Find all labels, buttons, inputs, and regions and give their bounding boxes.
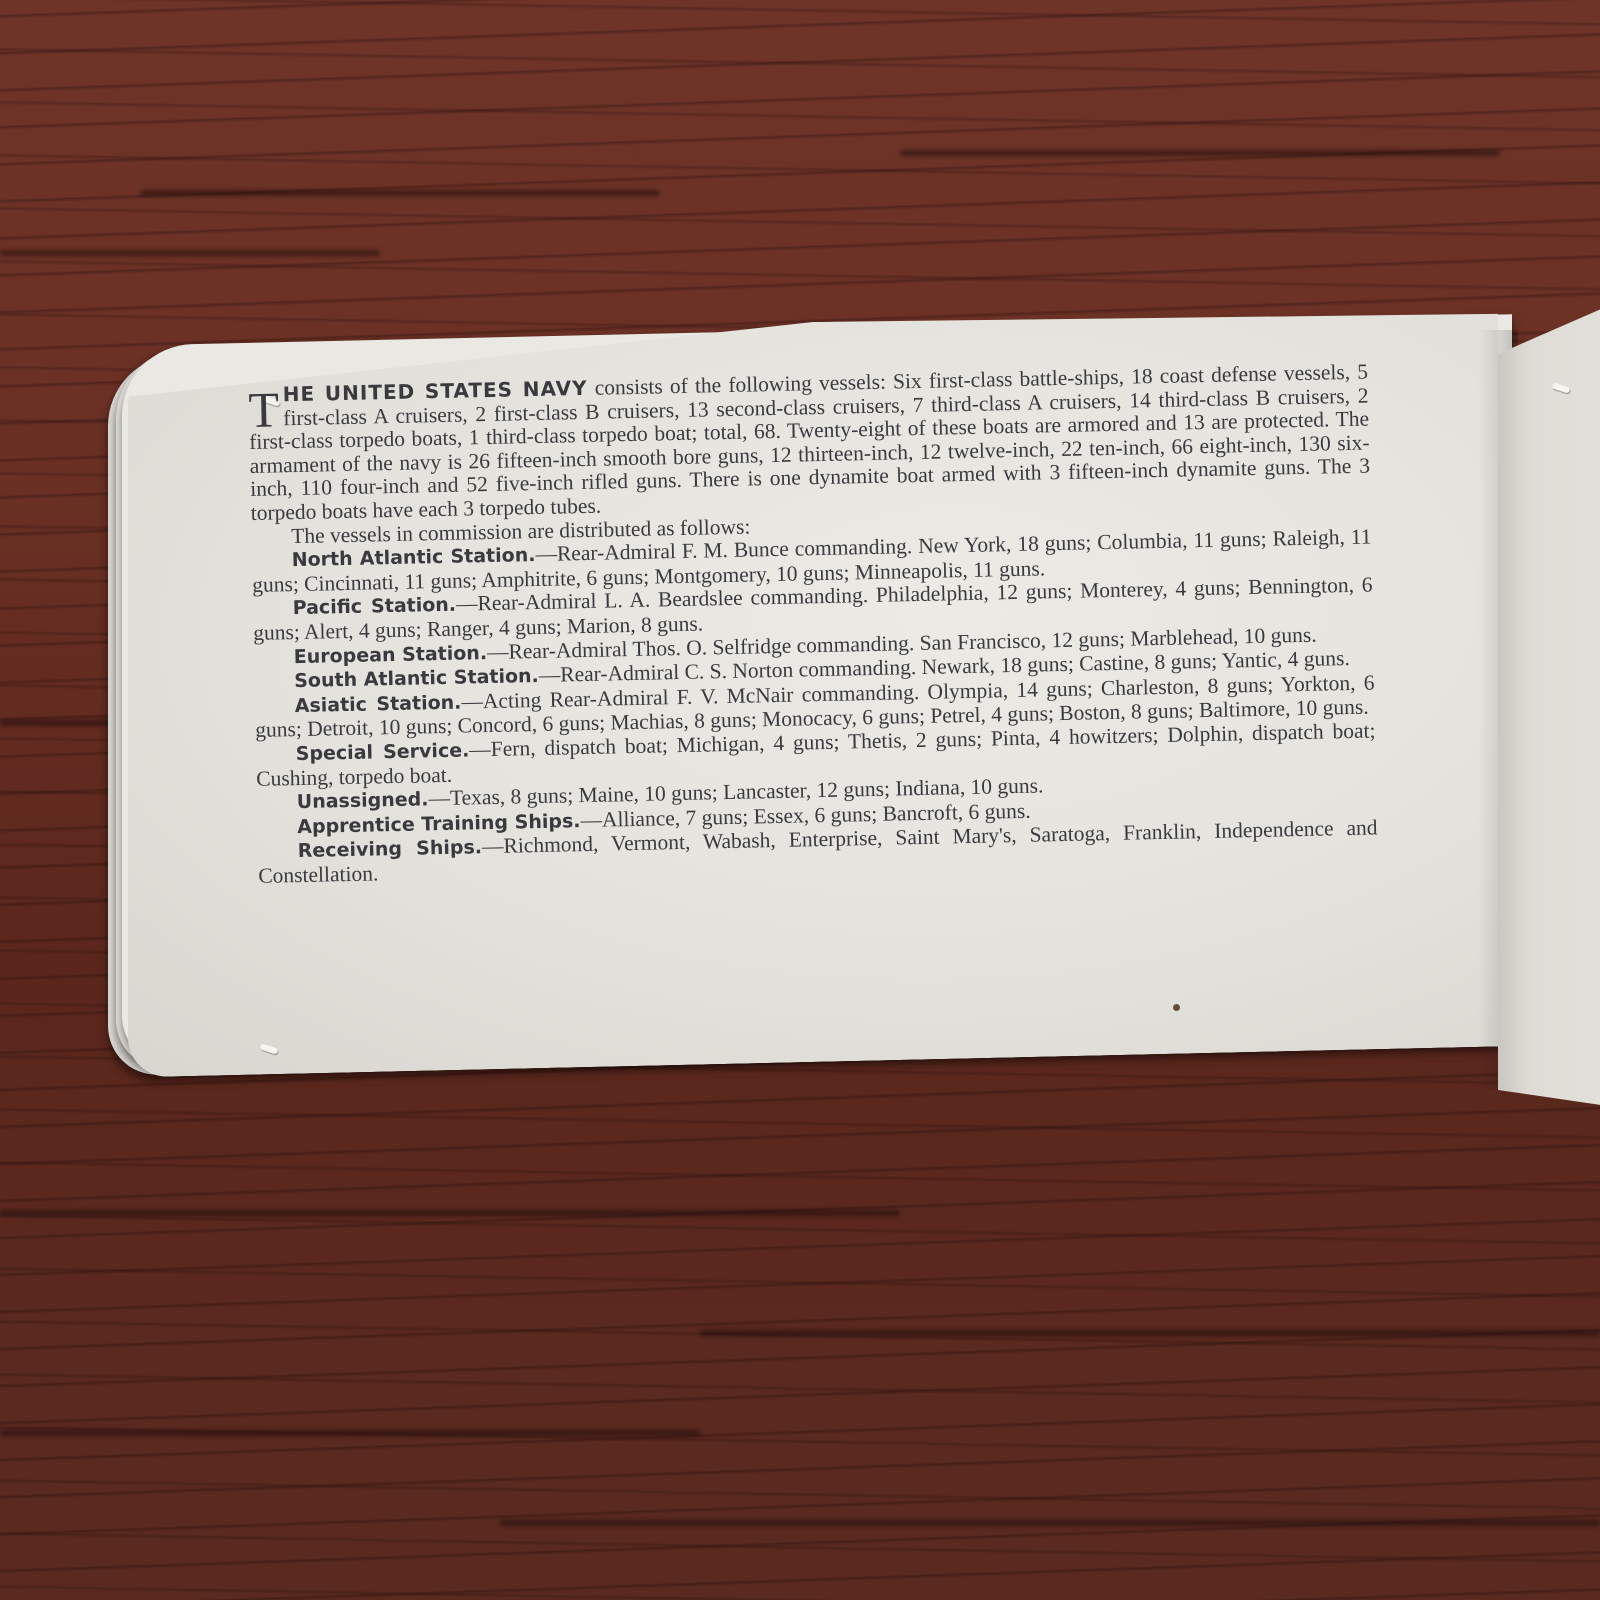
page-text: THE UNITED STATES NAVY consists of the f… bbox=[248, 361, 1378, 889]
wood-grain bbox=[700, 1330, 1600, 1336]
station-name: Pacific Station. bbox=[292, 594, 456, 619]
station-name: Asiatic Station. bbox=[295, 691, 462, 716]
right-page-edge bbox=[1498, 306, 1600, 1106]
station-name: Receiving Ships. bbox=[298, 836, 483, 862]
wood-grain bbox=[900, 150, 1500, 156]
wood-grain bbox=[0, 1210, 900, 1216]
station-name: European Station. bbox=[293, 642, 487, 668]
intro-paragraph: THE UNITED STATES NAVY consists of the f… bbox=[248, 361, 1371, 526]
wood-grain bbox=[500, 1520, 1600, 1526]
drop-cap: T bbox=[248, 389, 279, 430]
wood-grain bbox=[0, 1430, 700, 1436]
wood-grain bbox=[140, 190, 660, 196]
station-name: Special Service. bbox=[296, 739, 470, 765]
wood-grain bbox=[0, 250, 380, 256]
wood-grain bbox=[0, 720, 110, 726]
paper-spot bbox=[1173, 1004, 1180, 1011]
station-name: Unassigned. bbox=[297, 788, 429, 813]
